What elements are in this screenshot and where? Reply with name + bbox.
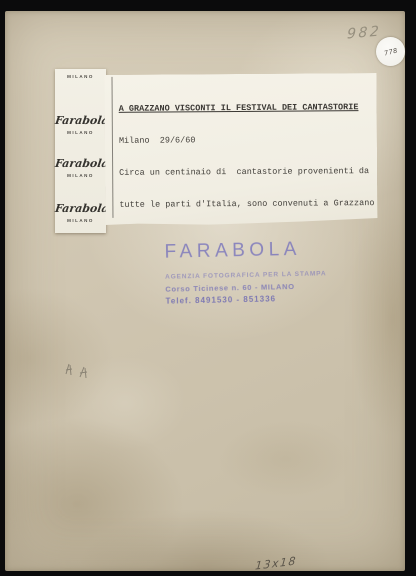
caption-line: ha assegnato al miglior cantastorie il "… xyxy=(120,325,374,337)
farabola-logo: Farabola xyxy=(54,116,109,126)
stamp-agency-phone: Telef. 8491530 - 851336 xyxy=(165,293,327,305)
stamp-agency-name: FARABOLA xyxy=(164,238,326,263)
sticker-number: 778 xyxy=(383,46,398,57)
scanned-photo-back: MILANO Farabola MILANO Farabola MILANO F… xyxy=(0,0,416,576)
stamp-agency-subtitle: AGENZIA FOTOGRAFICA PER LA STAMPA xyxy=(165,270,327,280)
farabola-logo-city: MILANO xyxy=(55,130,106,135)
farabola-logo-block: Farabola MILANO xyxy=(55,199,106,223)
farabola-logo-city: MILANO xyxy=(55,218,106,223)
vertical-rule xyxy=(111,77,113,218)
caption-line: tutte le parti d'Italia, sono convenuti … xyxy=(119,198,373,210)
pencil-archive-number: 982 xyxy=(347,23,382,42)
caption-line: Circa un centinaio di cantastorie proven… xyxy=(119,166,373,178)
strip-top-city: MILANO xyxy=(55,74,106,79)
round-sticker: 778 xyxy=(376,37,405,66)
farabola-logo-block: Farabola MILANO xyxy=(55,111,106,135)
caption-title: A GRAZZANO VISCONTI IL FESTIVAL DEI CANT… xyxy=(119,102,373,114)
caption-footer: NELLA FOTO: xyxy=(121,420,375,432)
letterhead-strip: MILANO Farabola MILANO Farabola MILANO F… xyxy=(55,69,106,233)
farabola-logo: Farabola xyxy=(54,204,109,214)
stamp-agency-address: Corso Ticinese n. 60 - MILANO xyxy=(165,281,327,293)
pencil-scribble-marks xyxy=(63,360,95,384)
typed-caption-sheet: A GRAZZANO VISCONTI IL FESTIVAL DEI CANT… xyxy=(104,73,377,226)
agency-ink-stamp: FARABOLA AGENZIA FOTOGRAFICA PER LA STAM… xyxy=(164,238,327,305)
caption-line: d'oro" ed altri due cilindri, uno rosso … xyxy=(120,357,374,369)
farabola-logo-block: Farabola MILANO xyxy=(55,154,106,178)
farabola-logo-city: MILANO xyxy=(55,173,106,178)
caption-line: de, al miglior paroliere ed al miglior m… xyxy=(121,388,375,400)
farabola-logo: Farabola xyxy=(54,159,109,169)
pencil-size-note: 13x18 xyxy=(255,554,298,572)
caption-dateline: Milano 29/6/60 xyxy=(119,134,373,146)
aged-paper-background: MILANO Farabola MILANO Farabola MILANO F… xyxy=(5,11,405,571)
